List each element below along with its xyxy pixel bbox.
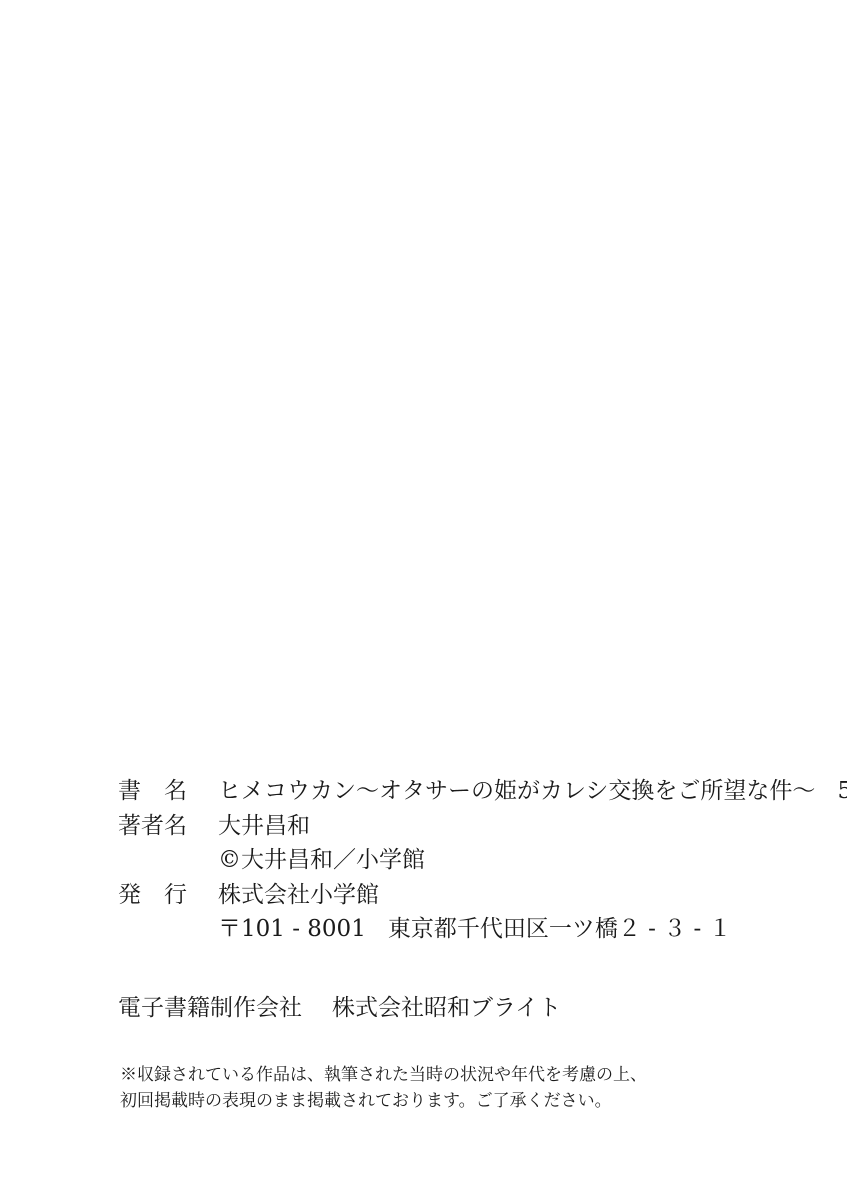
disclaimer-line-2: 初回掲載時の表現のまま掲載されております。ご了承ください。 — [120, 1088, 647, 1114]
postal-code: 〒101 - 8001 — [218, 916, 366, 942]
title-row: 書 名 ヒメコウカン〜オタサーの姫がカレシ交換をご所望な件〜5 — [118, 774, 818, 809]
author-row: 著者名 大井昌和 — [118, 809, 818, 844]
publisher-label: 発 行 — [118, 878, 218, 913]
title-value: ヒメコウカン〜オタサーの姫がカレシ交換をご所望な件〜5 — [218, 774, 847, 809]
author-label: 著者名 — [118, 809, 218, 844]
copyright-row: ©大井昌和／小学館 — [118, 843, 818, 878]
publisher-row: 発 行 株式会社小学館 — [118, 878, 818, 913]
producer-label: 電子書籍制作会社 — [118, 995, 302, 1021]
producer-name: 株式会社昭和ブライト — [332, 995, 561, 1021]
disclaimer-line-1: ※収録されている作品は、執筆された当時の状況や年代を考慮の上、 — [120, 1062, 647, 1088]
volume-number: 5 — [837, 774, 847, 809]
publisher-name: 株式会社小学館 — [218, 878, 818, 913]
book-title: ヒメコウカン〜オタサーの姫がカレシ交換をご所望な件〜 — [218, 778, 815, 804]
publisher-address: 〒101 - 8001東京都千代田区一ツ橋２ - ３ - １ — [218, 912, 818, 947]
title-label: 書 名 — [118, 774, 218, 809]
disclaimer-note: ※収録されている作品は、執筆された当時の状況や年代を考慮の上、 初回掲載時の表現… — [120, 1062, 647, 1114]
colophon-block: 書 名 ヒメコウカン〜オタサーの姫がカレシ交換をご所望な件〜5 著者名 大井昌和… — [118, 774, 818, 947]
author-name: 大井昌和 — [218, 809, 818, 844]
street-address: 東京都千代田区一ツ橋２ - ３ - １ — [388, 916, 732, 942]
address-row: 〒101 - 8001東京都千代田区一ツ橋２ - ３ - １ — [118, 912, 818, 947]
copyright-notice: ©大井昌和／小学館 — [218, 843, 818, 878]
ebook-producer: 電子書籍制作会社株式会社昭和ブライト — [118, 992, 561, 1024]
